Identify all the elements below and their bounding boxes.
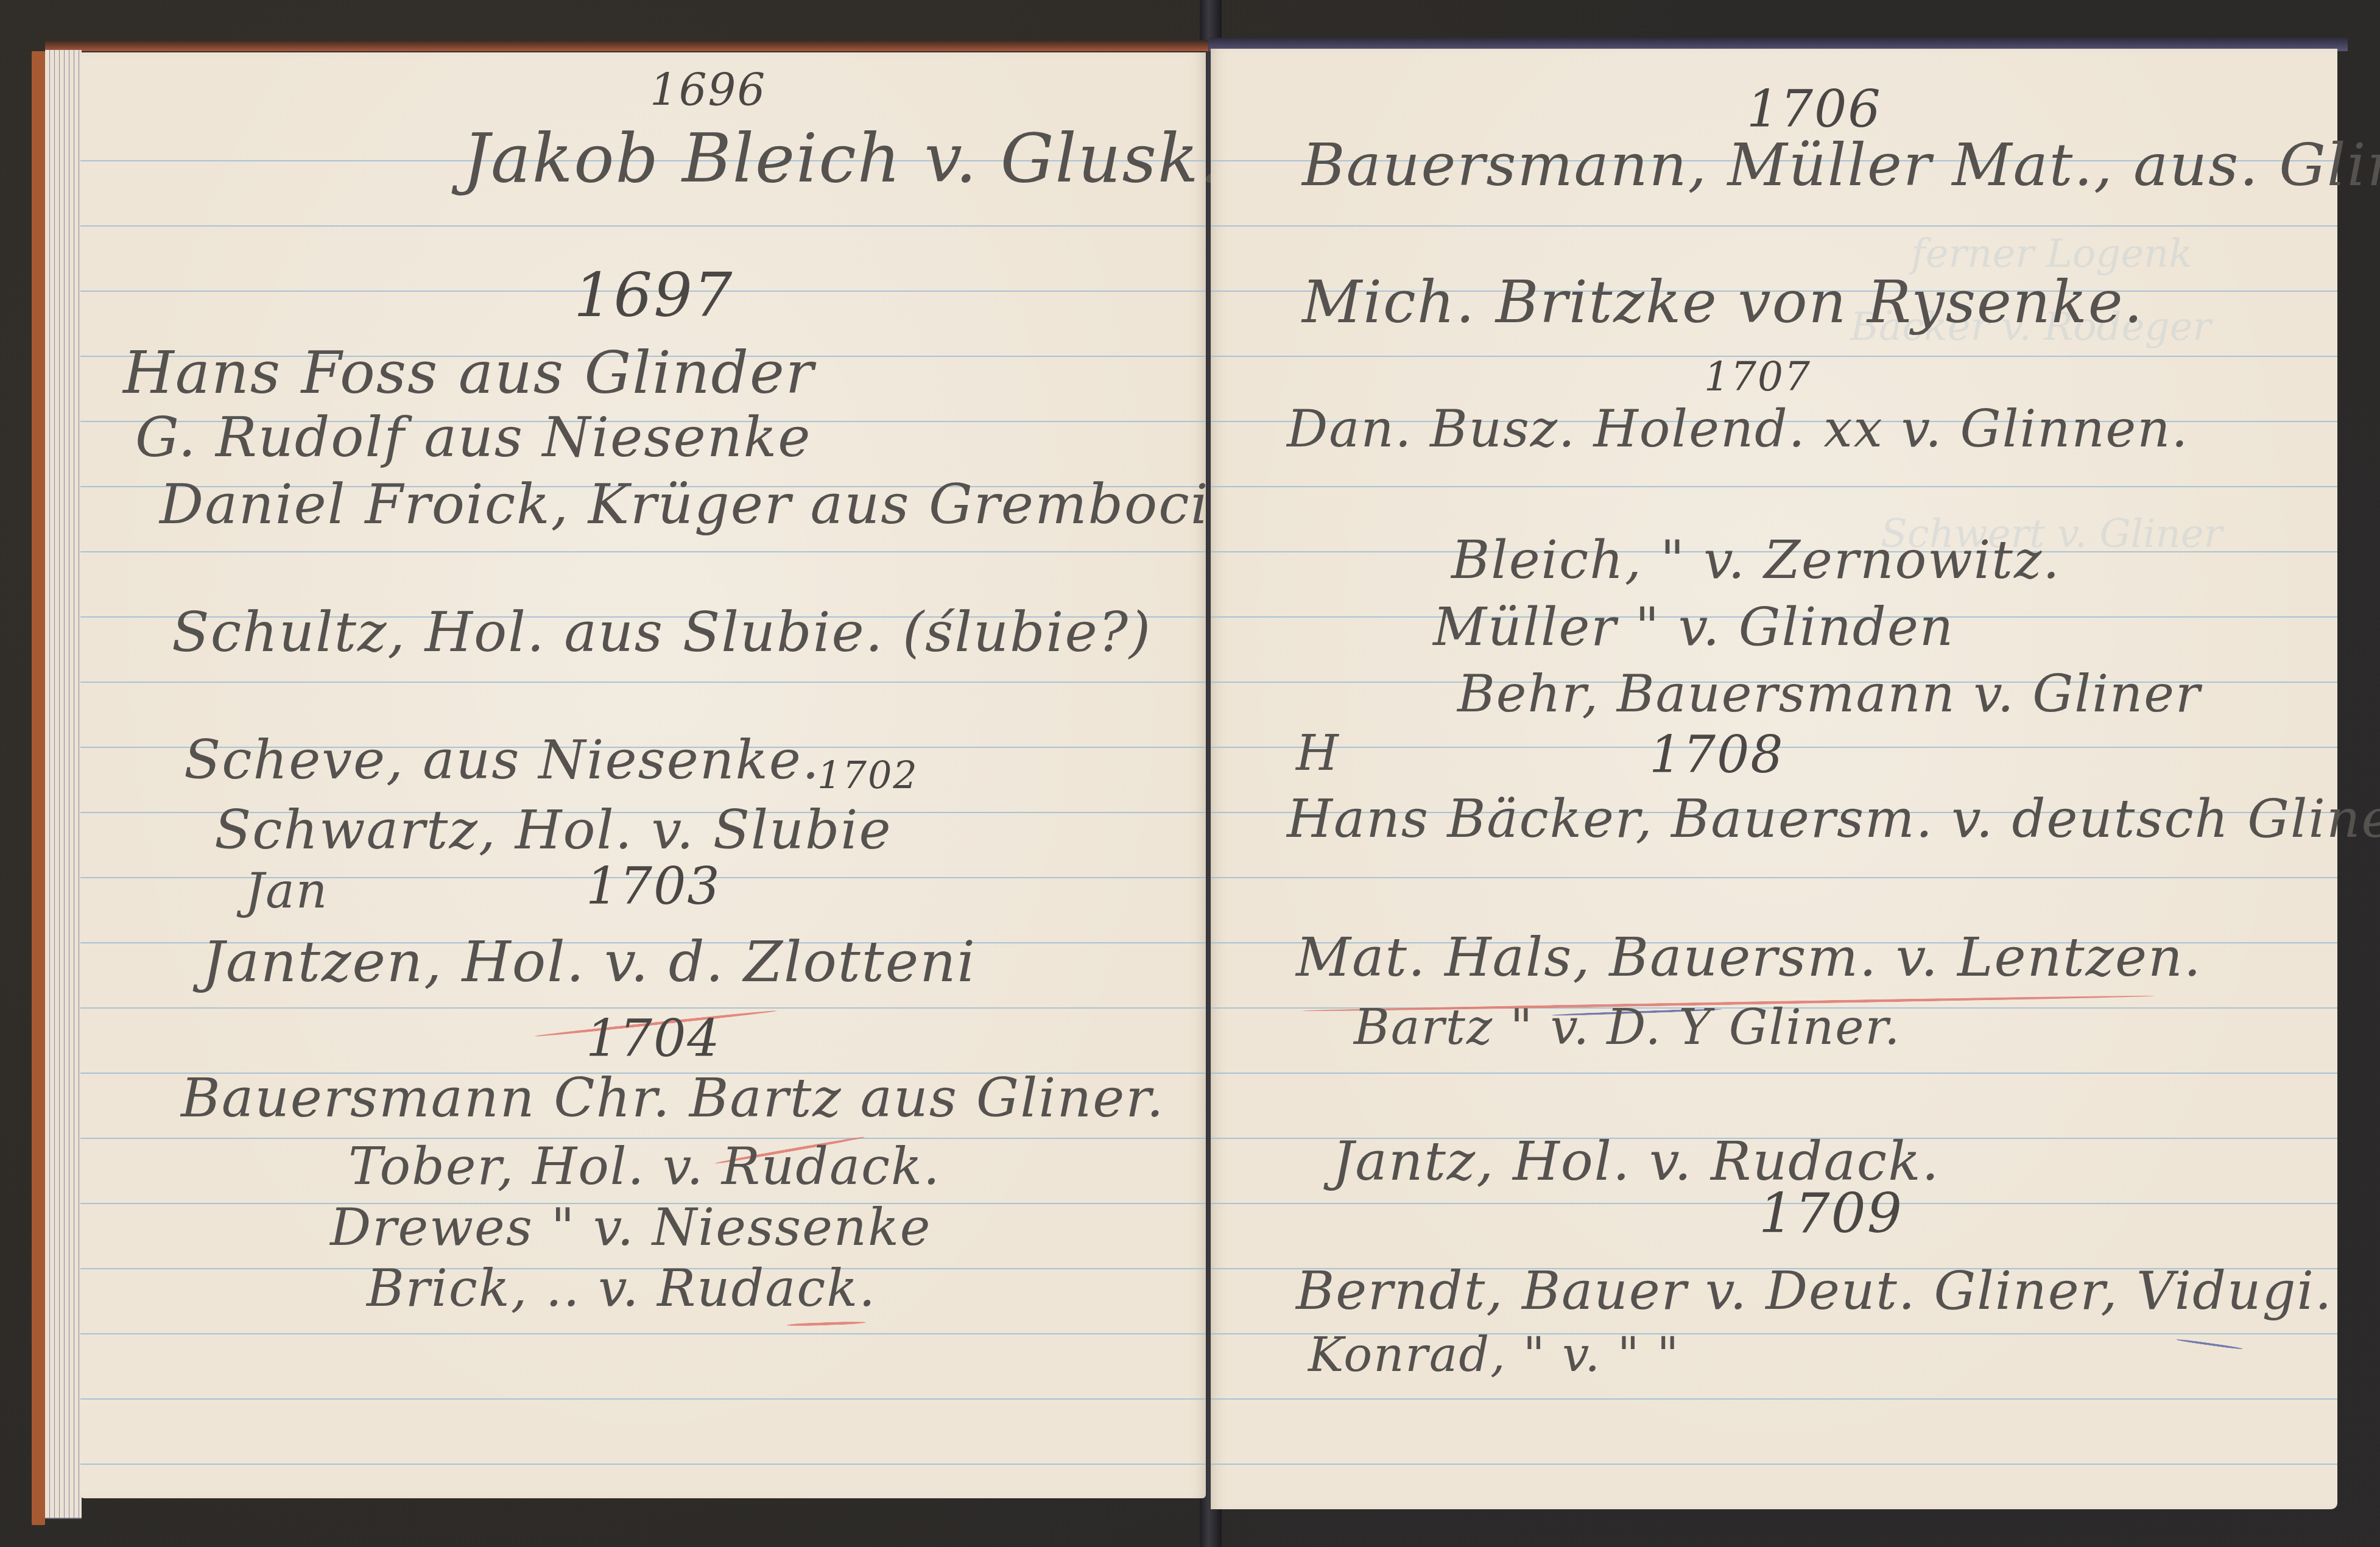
entry-line: Schultz, Hol. aus Slubie. (ślubie?)	[172, 601, 1152, 664]
entry-line: Jakob Bleich v. Glusk.	[463, 119, 1222, 197]
entry-line: Hans Foss aus Glinder	[123, 339, 815, 407]
red-pencil-underline	[787, 1321, 866, 1327]
entry-line: Bauersmann Chr. Bartz aus Gliner.	[181, 1066, 1165, 1129]
year-heading-1697: 1697	[574, 259, 734, 331]
entry-line: G. Rudolf aus Niesenke	[135, 406, 812, 470]
ruling-line	[80, 1464, 1206, 1465]
entry-line: Jan	[245, 862, 328, 919]
ruling-line	[1211, 225, 2337, 227]
entry-line: Bleich, " v. Zernowitz.	[1451, 530, 2061, 591]
entry-line: Drewes " v. Niessenke	[330, 1197, 932, 1257]
left-cover-edge	[32, 51, 45, 1525]
year-heading-1703: 1703	[586, 856, 721, 916]
ruling-line	[80, 225, 1206, 227]
ruling-line	[80, 551, 1206, 552]
year-heading-1707: 1707	[1704, 353, 1811, 400]
ruling-line	[1211, 1464, 2337, 1465]
ruling-line	[1211, 877, 2337, 878]
blue-pencil-mark	[2176, 1338, 2242, 1350]
entry-line: Bauersmann, Müller Mat., aus. Glinner.	[1302, 131, 2380, 199]
entry-line: Berndt, Bauer v. Deut. Gliner, Vidugi.	[1296, 1261, 2332, 1322]
page-stack-edges	[45, 50, 82, 1519]
year-heading-1709: 1709	[1759, 1182, 1903, 1246]
entry-line: Brick, .. v. Rudack.	[367, 1258, 876, 1318]
entry-line: Mat. Hals, Bauersm. v. Lentzen.	[1296, 926, 2202, 988]
ruling-line	[80, 1333, 1206, 1334]
right-page: ferner Logenk Bäcker v. Rodeger Schwert …	[1211, 49, 2337, 1509]
left-cover-edge-top	[45, 40, 1208, 51]
year-heading-1704: 1704	[586, 1009, 721, 1068]
year-heading-1696: 1696	[650, 65, 766, 116]
entry-line: Konrad, " v. " "	[1308, 1328, 1680, 1383]
left-page: 1696 Jakob Bleich v. Glusk. 1697 Hans Fo…	[80, 52, 1206, 1498]
year-note-1702: 1702	[817, 753, 918, 797]
entry-line: Jantzen, Hol. v. d. Zlotteni	[202, 929, 976, 995]
entry-line: Hans Bäcker, Bauersm. v. deutsch Gliner.	[1287, 789, 2380, 850]
ruling-line	[1211, 1398, 2337, 1400]
entry-line: Tober, Hol. v. Rudack.	[348, 1136, 941, 1196]
margin-mark: H	[1296, 725, 1340, 781]
year-heading-1708: 1708	[1649, 725, 1784, 784]
ruling-line	[80, 1398, 1206, 1400]
entry-line: Schwartz, Hol. v. Slubie	[214, 798, 892, 861]
entry-line: Scheve, aus Niesenke.	[184, 728, 820, 791]
entry-line: Bartz " v. D. Y Gliner.	[1354, 999, 1901, 1055]
entry-line: Müller " v. Glinden	[1433, 597, 1954, 658]
ruling-line	[1211, 1073, 2337, 1074]
entry-line: Daniel Froick, Krüger aus Grembocin	[160, 473, 1245, 537]
entry-line: Dan. Busz. Holend. xx v. Glinnen.	[1287, 399, 2189, 459]
entry-line: Behr, Bauersmann v. Gliner	[1457, 664, 2201, 724]
ruling-line	[1211, 486, 2337, 487]
ruling-line	[80, 682, 1206, 683]
year-heading-1706: 1706	[1747, 79, 1882, 139]
entry-line: Mich. Britzke von Rysenke.	[1302, 268, 2144, 336]
